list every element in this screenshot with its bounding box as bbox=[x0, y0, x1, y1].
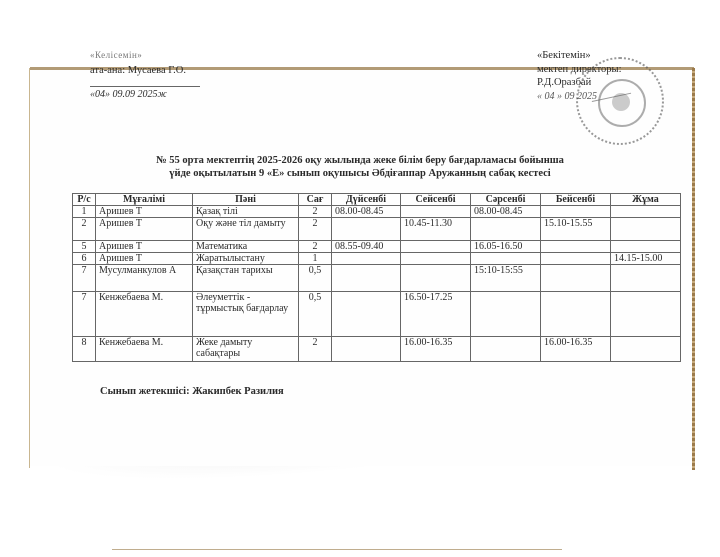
row-number: 8 bbox=[73, 337, 96, 362]
friday-cell bbox=[611, 337, 681, 362]
header-subject: Пәні bbox=[193, 194, 299, 206]
wednesday-cell bbox=[471, 253, 541, 265]
approval-right-date: « 04 » 09 2025 bbox=[537, 91, 597, 102]
thursday-cell: 16.00-16.35 bbox=[541, 337, 611, 362]
tuesday-cell bbox=[401, 253, 471, 265]
subject-cell: Математика bbox=[193, 241, 299, 253]
document-title-line2: үйде оқытылатын 9 «Е» сынып оқушысы Әбді… bbox=[0, 168, 720, 179]
thursday-cell bbox=[541, 253, 611, 265]
table-row: 7Мусулманкулов АҚазақстан тарихы0,515:10… bbox=[73, 265, 681, 292]
wednesday-cell bbox=[471, 218, 541, 241]
page-edge-left bbox=[29, 68, 30, 468]
monday-cell bbox=[332, 265, 401, 292]
teacher-cell: Кенжебаева М. bbox=[96, 337, 193, 362]
table-row: 1Аришев ТҚазақ тілі208.00-08.4508.00-08.… bbox=[73, 206, 681, 218]
friday-cell: 14.15-15.00 bbox=[611, 253, 681, 265]
thursday-cell bbox=[541, 292, 611, 337]
schedule-table: Р/с Мұғалімі Пәні Сағ Дүйсенбі Сейсенбі … bbox=[72, 193, 681, 362]
teacher-cell: Кенжебаева М. bbox=[96, 292, 193, 337]
hours-cell: 0,5 bbox=[299, 292, 332, 337]
teacher-cell: Аришев Т bbox=[96, 206, 193, 218]
wednesday-cell bbox=[471, 292, 541, 337]
tuesday-cell bbox=[401, 206, 471, 218]
table-row: 5Аришев ТМатематика208.55-09.4016.05-16.… bbox=[73, 241, 681, 253]
thursday-cell bbox=[541, 206, 611, 218]
teacher-cell: Аришев Т bbox=[96, 241, 193, 253]
header-friday: Жұма bbox=[611, 194, 681, 206]
subject-cell: Қазақ тілі bbox=[193, 206, 299, 218]
approval-right-label: «Бекітемін» bbox=[537, 50, 591, 61]
hours-cell: 0,5 bbox=[299, 265, 332, 292]
teacher-cell: Мусулманкулов А bbox=[96, 265, 193, 292]
page-edge-right bbox=[692, 68, 695, 470]
monday-cell bbox=[332, 292, 401, 337]
hours-cell: 2 bbox=[299, 218, 332, 241]
approval-left-parent: ата-ана: Мусаева Г.О. bbox=[90, 65, 186, 76]
thursday-cell bbox=[541, 241, 611, 253]
row-number: 7 bbox=[73, 292, 96, 337]
wednesday-cell: 15:10-15:55 bbox=[471, 265, 541, 292]
tuesday-cell: 10.45-11.30 bbox=[401, 218, 471, 241]
table-row: 8Кенжебаева М.Жеке дамыту сабақтары216.0… bbox=[73, 337, 681, 362]
approval-right-name: Р.Д.Оразбай bbox=[537, 77, 591, 88]
hours-cell: 2 bbox=[299, 337, 332, 362]
wednesday-cell: 16.05-16.50 bbox=[471, 241, 541, 253]
table-row: 7Кенжебаева М.Әлеуметтік - тұрмыстық бағ… bbox=[73, 292, 681, 337]
subject-cell: Қазақстан тарихы bbox=[193, 265, 299, 292]
subject-cell: Әлеуметтік - тұрмыстық бағдарлау bbox=[193, 292, 299, 337]
friday-cell bbox=[611, 218, 681, 241]
header-tuesday: Сейсенбі bbox=[401, 194, 471, 206]
row-number: 6 bbox=[73, 253, 96, 265]
header-hours: Сағ bbox=[299, 194, 332, 206]
row-number: 2 bbox=[73, 218, 96, 241]
monday-cell bbox=[332, 218, 401, 241]
approval-right-role: мектеп директоры: bbox=[537, 64, 622, 75]
thursday-cell bbox=[541, 265, 611, 292]
header-thursday: Бейсенбі bbox=[541, 194, 611, 206]
tuesday-cell: 16.00-16.35 bbox=[401, 337, 471, 362]
row-number: 7 bbox=[73, 265, 96, 292]
header-teacher: Мұғалімі bbox=[96, 194, 193, 206]
monday-cell bbox=[332, 337, 401, 362]
monday-cell bbox=[332, 253, 401, 265]
monday-cell: 08.55-09.40 bbox=[332, 241, 401, 253]
hours-cell: 1 bbox=[299, 253, 332, 265]
hours-cell: 2 bbox=[299, 206, 332, 218]
page-edge-bottom bbox=[112, 549, 562, 550]
wednesday-cell: 08.00-08.45 bbox=[471, 206, 541, 218]
table-row: 2Аришев ТОқу және тіл дамыту210.45-11.30… bbox=[73, 218, 681, 241]
teacher-cell: Аришев Т bbox=[96, 253, 193, 265]
header-monday: Дүйсенбі bbox=[332, 194, 401, 206]
row-number: 1 bbox=[73, 206, 96, 218]
header-wednesday: Сәрсенбі bbox=[471, 194, 541, 206]
approval-left-date: «04» 09.09 2025ж bbox=[90, 86, 200, 100]
class-teacher-line: Сынып жетекшісі: Жакипбек Разилия bbox=[100, 386, 284, 397]
hours-cell: 2 bbox=[299, 241, 332, 253]
tuesday-cell bbox=[401, 265, 471, 292]
thursday-cell: 15.10-15.55 bbox=[541, 218, 611, 241]
friday-cell bbox=[611, 292, 681, 337]
wednesday-cell bbox=[471, 337, 541, 362]
friday-cell bbox=[611, 206, 681, 218]
tuesday-cell: 16.50-17.25 bbox=[401, 292, 471, 337]
document-title-line1: № 55 орта мектептің 2025-2026 оқу жылынд… bbox=[0, 155, 720, 166]
table-row: 6Аришев ТЖаратылыстану114.15-15.00 bbox=[73, 253, 681, 265]
subject-cell: Жеке дамыту сабақтары bbox=[193, 337, 299, 362]
teacher-cell: Аришев Т bbox=[96, 218, 193, 241]
friday-cell bbox=[611, 265, 681, 292]
friday-cell bbox=[611, 241, 681, 253]
table-header-row: Р/с Мұғалімі Пәні Сағ Дүйсенбі Сейсенбі … bbox=[73, 194, 681, 206]
subject-cell: Оқу және тіл дамыту bbox=[193, 218, 299, 241]
approval-left-label: «Келісемін» bbox=[90, 50, 142, 60]
tuesday-cell bbox=[401, 241, 471, 253]
monday-cell: 08.00-08.45 bbox=[332, 206, 401, 218]
row-number: 5 bbox=[73, 241, 96, 253]
subject-cell: Жаратылыстану bbox=[193, 253, 299, 265]
header-no: Р/с bbox=[73, 194, 96, 206]
